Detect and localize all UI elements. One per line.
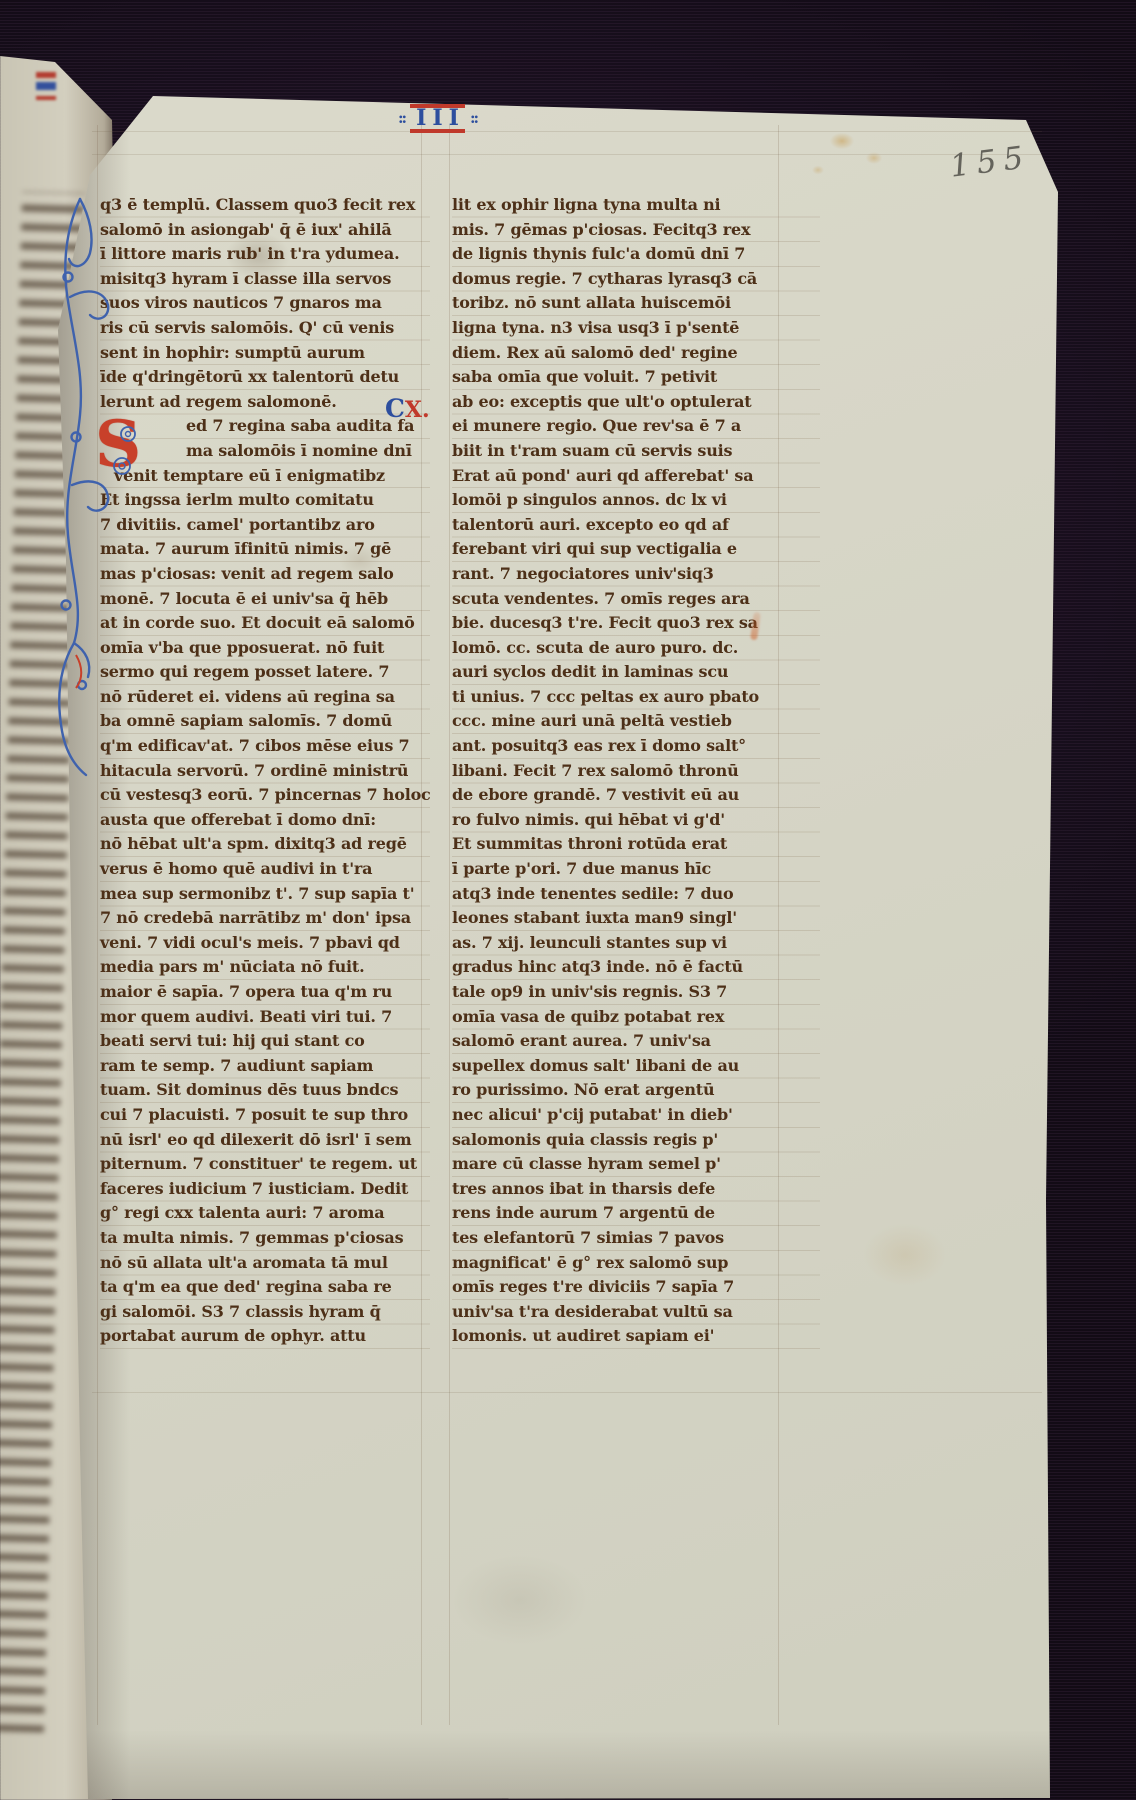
text-line: Et summitas throni rotūda erat bbox=[452, 832, 820, 857]
text-line: nū isrl' eo qd dilexerit dō isrl' ī sem bbox=[100, 1128, 430, 1153]
text-column-right: lit ex ophir ligna tyna multa nimis. 7 g… bbox=[452, 193, 820, 1349]
paraph-icon: C bbox=[385, 394, 405, 423]
text-line: as. 7 xij. leunculi stantes sup vi bbox=[452, 931, 820, 956]
text-line: mare cū classe hyram semel p' bbox=[452, 1152, 820, 1177]
header-dots-right: :: bbox=[470, 111, 477, 126]
text-line: nō sū allata ult'a aromata tā mul bbox=[100, 1251, 430, 1276]
text-line: tale op9 in univ'sis regnis. S3 7 bbox=[452, 980, 820, 1005]
text-line: misitq3 hyram ī classe illa servos bbox=[100, 267, 430, 292]
text-line: toribz. nō sunt allata huiscemōi bbox=[452, 291, 820, 316]
text-line: ro purissimo. Nō erat argentū bbox=[452, 1078, 820, 1103]
text-line: ferebant viri qui sup vectigalia e bbox=[452, 537, 820, 562]
text-line: g° regi cxx talenta auri: 7 aroma bbox=[100, 1201, 430, 1226]
text-line: ant. posuitq3 eas rex ī domo salt° bbox=[452, 734, 820, 759]
text-line: ba omnē sapiam salomīs. 7 domū bbox=[100, 709, 430, 734]
text-line: leones stabant iuxta man9 singl' bbox=[452, 906, 820, 931]
manuscript-photo: :: III :: 155 q3 ē templū. Classem quo3 … bbox=[0, 0, 1136, 1800]
text-line: scuta vendentes. 7 omīs reges ara bbox=[452, 587, 820, 612]
text-line: ta multa nimis. 7 gemmas p'ciosas bbox=[100, 1226, 430, 1251]
text-line: atq3 inde tenentes sedile: 7 duo bbox=[452, 882, 820, 907]
text-line: lomōi p singulos annos. dc lx vi bbox=[452, 488, 820, 513]
text-line: rant. 7 negociatores univ'siq3 bbox=[452, 562, 820, 587]
text-line: ī littore maris rub' in t'ra ydumea. bbox=[100, 242, 430, 267]
text-line: lomō. cc. scuta de auro puro. dc. bbox=[452, 636, 820, 661]
text-line: suos viros nauticos 7 gnaros ma bbox=[100, 291, 430, 316]
header-numeral-letter: I bbox=[413, 105, 429, 131]
ruling-line-horizontal bbox=[92, 154, 1042, 155]
text-line: verus ē homo quē audivi in t'ra bbox=[100, 857, 430, 882]
text-line: rens inde aurum 7 argentū de bbox=[452, 1201, 820, 1226]
text-line: ram te semp. 7 audiunt sapiam bbox=[100, 1054, 430, 1079]
header-numeral-letter: I bbox=[446, 105, 462, 131]
text-line: de lignis thynis fulc'a domū dnī 7 bbox=[452, 242, 820, 267]
text-line: omīa vasa de quibz potabat rex bbox=[452, 1005, 820, 1030]
facing-page-header-fragment bbox=[36, 62, 56, 104]
text-line: omīa v'ba que pposuerat. nō fuit bbox=[100, 636, 430, 661]
text-line: ti unius. 7 ccc peltas ex auro pbato bbox=[452, 685, 820, 710]
header-dots-left: :: bbox=[398, 111, 405, 126]
text-line: ei munere regio. Que rev'sa ē 7 a bbox=[452, 414, 820, 439]
ruling-line-horizontal bbox=[92, 131, 1042, 132]
text-line: media pars m' nūciata nō fuit. bbox=[100, 955, 430, 980]
text-line: auri syclos dedit in laminas scu bbox=[452, 660, 820, 685]
text-line: tuam. Sit dominus dēs tuus bndcs bbox=[100, 1078, 430, 1103]
text-line: austa que offerebat ī domo dnī: bbox=[100, 808, 430, 833]
text-line: piternum. 7 constituer' te regem. ut bbox=[100, 1152, 430, 1177]
text-line: ro fulvo nimis. qui hēbat vi g'd' bbox=[452, 808, 820, 833]
text-line: mata. 7 aurum īfinitū nimis. 7 gē bbox=[100, 537, 430, 562]
text-line: ī parte p'ori. 7 due manus hīc bbox=[452, 857, 820, 882]
text-line: ta q'm ea que ded' regina saba re bbox=[100, 1275, 430, 1300]
text-line: hitacula servorū. 7 ordinē ministrū bbox=[100, 759, 430, 784]
text-line: domus regie. 7 cytharas lyrasq3 cā bbox=[452, 267, 820, 292]
text-line: faceres iudicium 7 iusticiam. Dedit bbox=[100, 1177, 430, 1202]
text-line: supellex domus salt' libani de au bbox=[452, 1054, 820, 1079]
header-numeral-letter: I bbox=[429, 105, 445, 131]
text-line: mis. 7 gēmas p'ciosas. Fecitq3 rex bbox=[452, 218, 820, 243]
text-line: lerunt ad regem salomonē. bbox=[100, 390, 430, 415]
text-line: mas p'ciosas: venit ad regem salo bbox=[100, 562, 430, 587]
text-line: lit ex ophir ligna tyna multa ni bbox=[452, 193, 820, 218]
text-line: q3 ē templū. Classem quo3 fecit rex bbox=[100, 193, 430, 218]
text-line: beati servi tui: hij qui stant co bbox=[100, 1029, 430, 1054]
text-line: ab eo: exceptis que ult'o optulerat bbox=[452, 390, 820, 415]
text-line: portabat aurum de ophyr. attu bbox=[100, 1324, 430, 1349]
text-line: saba omīa que voluit. 7 petivit bbox=[452, 365, 820, 390]
text-line: nō hēbat ult'a spm. dixitq3 ad regē bbox=[100, 832, 430, 857]
text-line: diem. Rex aū salomō ded' regine bbox=[452, 341, 820, 366]
text-line: gi salomōi. S3 7 classis hyram q̄ bbox=[100, 1300, 430, 1325]
text-line: cui 7 placuisti. 7 posuit te sup thro bbox=[100, 1103, 430, 1128]
text-line: ccc. mine auri unā peltā vestieb bbox=[452, 709, 820, 734]
text-line: sermo qui regem posset latere. 7 bbox=[100, 660, 430, 685]
text-line: q'm edificav'at. 7 cibos mēse eius 7 bbox=[100, 734, 430, 759]
text-line: monē. 7 locuta ē ei univ'sa q̄ hēb bbox=[100, 587, 430, 612]
text-line: tres annos ibat in tharsis defe bbox=[452, 1177, 820, 1202]
text-column-left: q3 ē templū. Classem quo3 fecit rexsalom… bbox=[100, 193, 430, 1349]
marginal-penwork-flourish-icon bbox=[46, 185, 130, 785]
chapter-numeral: X. bbox=[405, 397, 430, 423]
text-line: sent in hophir: sumptū aurum bbox=[100, 341, 430, 366]
text-line: magnificat' ē g° rex salomō sup bbox=[452, 1251, 820, 1276]
text-line: biit in t'ram suam cū servis suis bbox=[452, 439, 820, 464]
text-line: talentorū auri. excepto eo qd af bbox=[452, 513, 820, 538]
text-line: cū vestesq3 eorū. 7 pincernas 7 holoc bbox=[100, 783, 430, 808]
text-line: 7 nō credebā narrātibz m' don' ipsa bbox=[100, 906, 430, 931]
text-line: veni. 7 vidi ocul's meis. 7 pbavi qd bbox=[100, 931, 430, 956]
ruling-line-vertical bbox=[449, 125, 450, 1725]
ruling-line-horizontal bbox=[92, 1392, 1042, 1393]
text-line: lomonis. ut audiret sapiam ei' bbox=[452, 1324, 820, 1349]
text-line: mor quem audivi. Beati viri tui. 7 bbox=[100, 1005, 430, 1030]
text-line: ris cū servis salomōis. Q' cū venis bbox=[100, 316, 430, 341]
text-line: 7 divitiis. camel' portantibz aro bbox=[100, 513, 430, 538]
text-line: tes elefantorū 7 simias 7 pavos bbox=[452, 1226, 820, 1251]
text-line: ligna tyna. n3 visa usq3 ī p'sentē bbox=[452, 316, 820, 341]
running-header: :: III :: bbox=[398, 104, 477, 133]
text-line: bie. ducesq3 t're. Fecit quo3 rex sa bbox=[452, 611, 820, 636]
text-line: salomō in asiongab' q̄ ē iux' ahilā bbox=[100, 218, 430, 243]
text-line: univ'sa t'ra desiderabat vultū sa bbox=[452, 1300, 820, 1325]
chapter-number-marker: CX. bbox=[385, 394, 430, 423]
text-line: Et ingssa ierlm multo comitatu bbox=[100, 488, 430, 513]
header-numeral: III bbox=[410, 104, 465, 133]
text-line: salomō erant aurea. 7 univ'sa bbox=[452, 1029, 820, 1054]
text-line: at in corde suo. Et docuit eā salomō bbox=[100, 611, 430, 636]
text-line: maior ē sapīa. 7 opera tua q'm ru bbox=[100, 980, 430, 1005]
text-line: mea sup sermonibz t'. 7 sup sapīa t' bbox=[100, 882, 430, 907]
text-line: gradus hinc atq3 inde. nō ē factū bbox=[452, 955, 820, 980]
text-line: nec alicui' p'cij putabat' in dieb' bbox=[452, 1103, 820, 1128]
text-line: nō rūderet ei. videns aū regina sa bbox=[100, 685, 430, 710]
text-line: Erat aū pond' auri qd afferebat' sa bbox=[452, 464, 820, 489]
text-line: salomonis quia classis regis p' bbox=[452, 1128, 820, 1153]
text-line: de ebore grandē. 7 vestivit eū au bbox=[452, 783, 820, 808]
text-line: libani. Fecit 7 rex salomō thronū bbox=[452, 759, 820, 784]
text-line: omīs reges t're diviciis 7 sapīa 7 bbox=[452, 1275, 820, 1300]
text-line: īde q'dringētorū xx talentorū detu bbox=[100, 365, 430, 390]
